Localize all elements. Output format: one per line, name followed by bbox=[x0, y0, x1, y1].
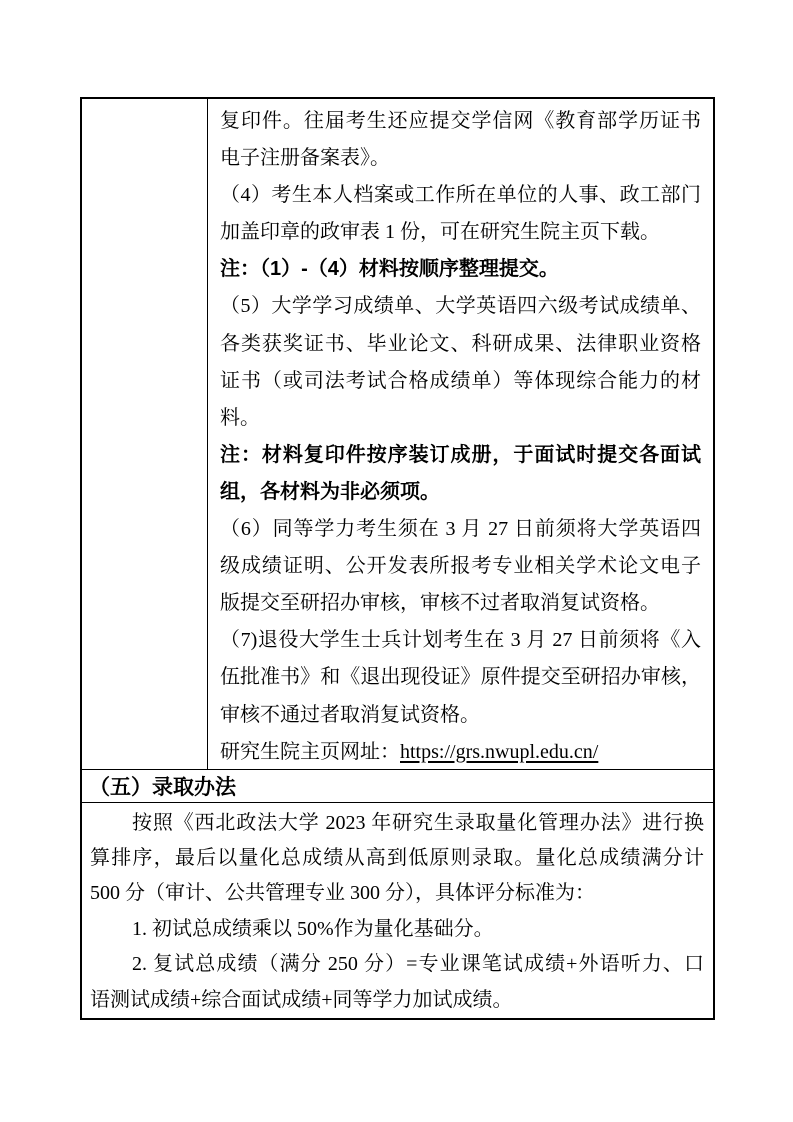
text-line: 复印件。往届考生还应提交学信网《教育部学历证书 bbox=[220, 103, 701, 140]
materials-row: 复印件。往届考生还应提交学信网《教育部学历证书 电子注册备案表》。 （4）考生本… bbox=[82, 99, 713, 770]
text-line: 1. 初试总成绩乘以 50%作为量化基础分。 bbox=[90, 912, 704, 947]
text-line: 各类获奖证书、毕业论文、科研成果、法律职业资格 bbox=[220, 326, 701, 363]
materials-label-cell bbox=[82, 99, 208, 769]
text-line: 电子注册备案表》。 bbox=[220, 140, 701, 177]
text-line: 按照《西北政法大学 2023 年研究生录取量化管理办法》进行换 bbox=[90, 806, 704, 841]
homepage-label: 研究生院主页网址： bbox=[220, 741, 400, 763]
text-line: 语测试成绩+综合面试成绩+同等学力加试成绩。 bbox=[90, 983, 704, 1018]
note-line: 注：（1）-（4）材料按顺序整理提交。 bbox=[220, 251, 701, 288]
text-line: 算排序，最后以量化总成绩从高到低原则录取。量化总成绩满分计 bbox=[90, 841, 704, 876]
section-heading-row: （五）录取办法 bbox=[82, 770, 713, 803]
procedures-table: 复印件。往届考生还应提交学信网《教育部学历证书 电子注册备案表》。 （4）考生本… bbox=[80, 97, 715, 1020]
text-line: （4）考生本人档案或工作所在单位的人事、政工部门 bbox=[220, 177, 701, 214]
text-line: 版提交至研招办审核，审核不过者取消复试资格。 bbox=[220, 585, 701, 622]
admission-method-cell: 按照《西北政法大学 2023 年研究生录取量化管理办法》进行换 算排序，最后以量… bbox=[82, 803, 713, 1018]
text-line: （5）大学学习成绩单、大学英语四六级考试成绩单、 bbox=[220, 288, 701, 325]
note-line: 注：材料复印件按序装订成册，于面试时提交各面试 bbox=[220, 437, 701, 474]
text-line: 审核不通过者取消复试资格。 bbox=[220, 697, 701, 734]
text-line: 伍批准书》和《退出现役证》原件提交至研招办审核， bbox=[220, 659, 701, 696]
text-line: 500 分（审计、公共管理专业 300 分），具体评分标准为： bbox=[90, 876, 704, 911]
text-line: 加盖印章的政审表 1 份，可在研究生院主页下载。 bbox=[220, 214, 701, 251]
section-heading: （五）录取办法 bbox=[89, 771, 236, 801]
text-line: 级成绩证明、公开发表所报考专业相关学术论文电子 bbox=[220, 548, 701, 585]
homepage-url-link[interactable]: https://grs.nwupl.edu.cn/ bbox=[400, 741, 598, 763]
homepage-line: 研究生院主页网址：https://grs.nwupl.edu.cn/ bbox=[220, 734, 701, 771]
text-line: （7)退役大学生士兵计划考生在 3 月 27 日前须将《入 bbox=[220, 622, 701, 659]
text-line: 料。 bbox=[220, 400, 701, 437]
text-line: （6）同等学力考生须在 3 月 27 日前须将大学英语四 bbox=[220, 511, 701, 548]
text-line: 2. 复试总成绩（满分 250 分）=专业课笔试成绩+外语听力、口 bbox=[90, 947, 704, 982]
document-page: 复印件。往届考生还应提交学信网《教育部学历证书 电子注册备案表》。 （4）考生本… bbox=[0, 0, 793, 1122]
materials-content-cell: 复印件。往届考生还应提交学信网《教育部学历证书 电子注册备案表》。 （4）考生本… bbox=[208, 99, 713, 769]
text-line: 证书（或司法考试合格成绩单）等体现综合能力的材 bbox=[220, 363, 701, 400]
note-line: 组，各材料为非必须项。 bbox=[220, 474, 701, 511]
